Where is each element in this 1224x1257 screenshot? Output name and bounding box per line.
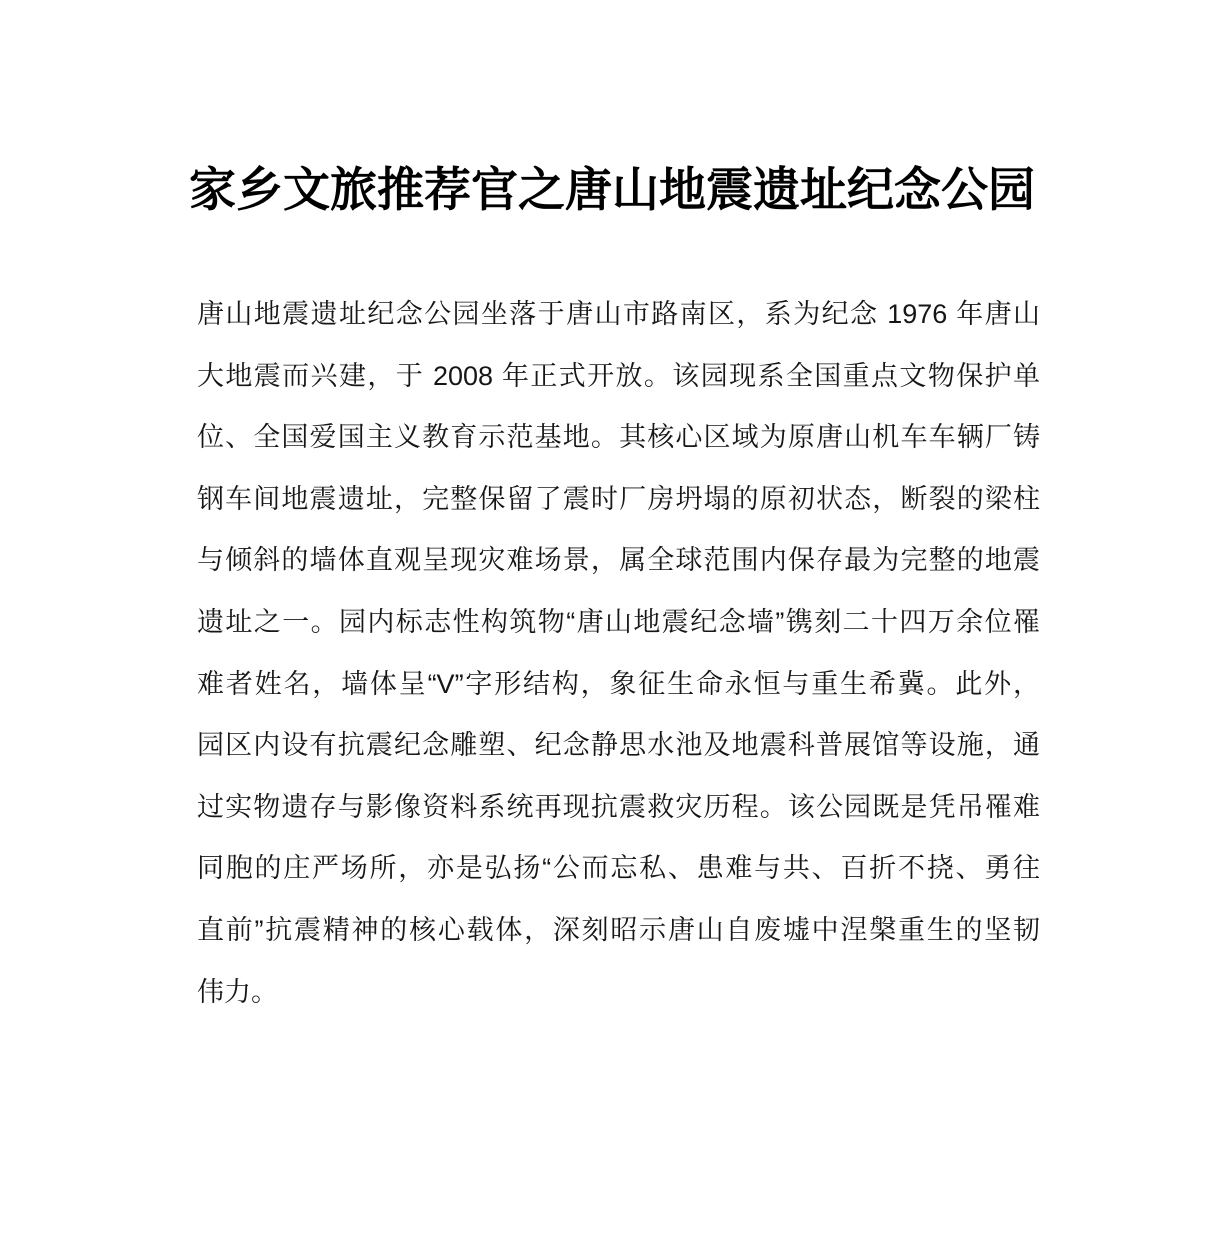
paragraph-line: 直前”抗震精神的核心载体，深刻昭示唐山自废墟中涅槃重生的坚韧 — [197, 900, 1040, 962]
paragraph-line: 同胞的庄严场所，亦是弘扬“公而忘私、患难与共、百折不挠、勇往 — [197, 838, 1040, 900]
paragraph-line: 大地震而兴建，于 2008 年正式开放。该园现系全国重点文物保护单 — [197, 346, 1040, 408]
paragraph-line: 位、全国爱国主义教育示范基地。其核心区域为原唐山机车车辆厂铸 — [197, 407, 1040, 469]
paragraph-line: 伟力。 — [197, 962, 1040, 1024]
paragraph-line: 与倾斜的墙体直观呈现灾难场景，属全球范围内保存最为完整的地震 — [197, 530, 1040, 592]
document-page: 家乡文旅推荐官之唐山地震遗址纪念公园 唐山地震遗址纪念公园坐落于唐山市路南区，系… — [0, 0, 1224, 1257]
paragraph-line: 钢车间地震遗址，完整保留了震时厂房坍塌的原初状态，断裂的梁柱 — [197, 469, 1040, 531]
paragraph-line: 唐山地震遗址纪念公园坐落于唐山市路南区，系为纪念 1976 年唐山 — [197, 284, 1040, 346]
page-title: 家乡文旅推荐官之唐山地震遗址纪念公园 — [0, 163, 1224, 217]
body-paragraph: 唐山地震遗址纪念公园坐落于唐山市路南区，系为纪念 1976 年唐山 大地震而兴建… — [197, 284, 1040, 1023]
paragraph-line: 过实物遗存与影像资料系统再现抗震救灾历程。该公园既是凭吊罹难 — [197, 777, 1040, 839]
paragraph-line: 难者姓名，墙体呈“V”字形结构，象征生命永恒与重生希冀。此外， — [197, 654, 1040, 716]
paragraph-line: 遗址之一。园内标志性构筑物“唐山地震纪念墙”镌刻二十四万余位罹 — [197, 592, 1040, 654]
paragraph-line: 园区内设有抗震纪念雕塑、纪念静思水池及地震科普展馆等设施，通 — [197, 715, 1040, 777]
